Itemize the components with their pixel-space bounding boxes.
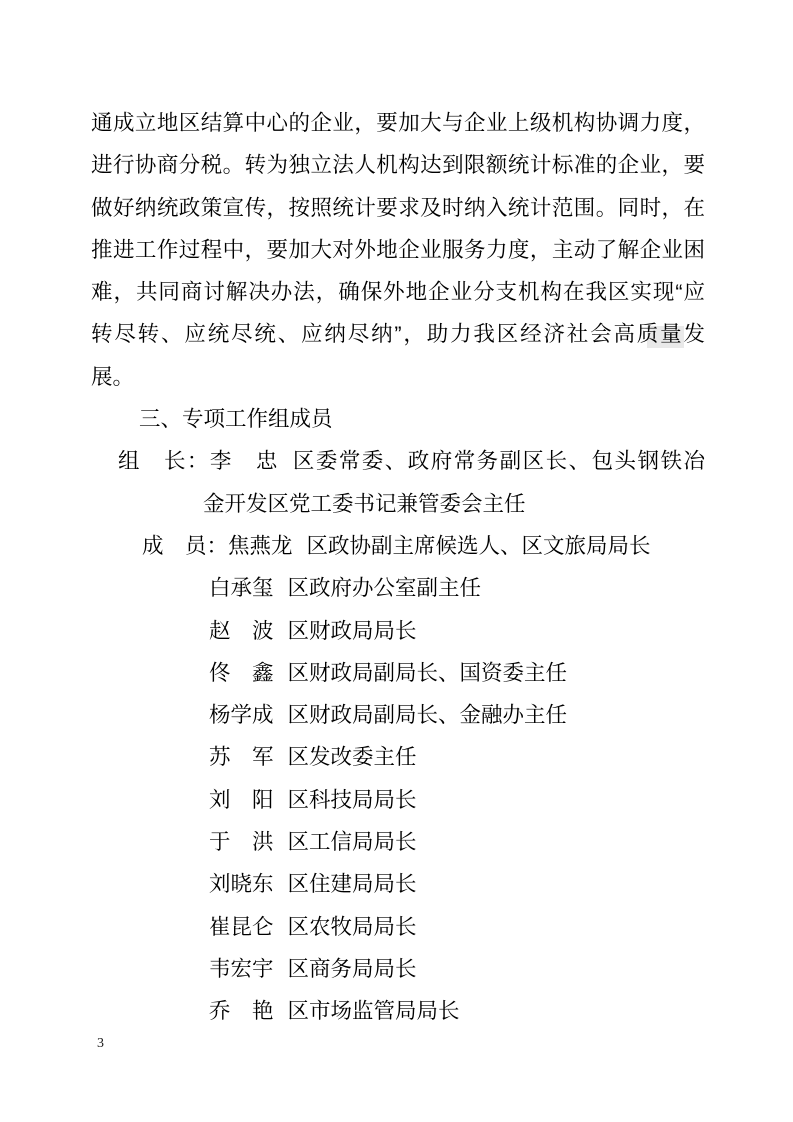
roster-line-member: 乔 艳区市场监管局局长 (91, 990, 705, 1032)
paragraph-line: 展。 (91, 356, 705, 398)
document-body: 通成立地区结算中心的企业，要加大与企业上级机构协调力度， 进行协商分税。转为独立… (91, 102, 705, 1033)
member-name: 白承玺 (209, 576, 274, 600)
member-name: 韦宏宇 (209, 957, 274, 981)
member-title: 区财政局副局长、金融办主任 (288, 703, 568, 727)
roster-line-leader-continuation: 金开发区党工委书记兼管委会主任 (91, 483, 705, 525)
member-name: 焦燕龙 (228, 534, 293, 558)
member-name: 佟 鑫 (209, 661, 274, 685)
paragraph-line: 难，共同商讨解决办法，确保外地企业分支机构在我区实现“应 (91, 271, 705, 313)
member-name: 苏 军 (209, 745, 274, 769)
member-name: 刘晓东 (209, 872, 274, 896)
member-title: 区发改委主任 (288, 745, 417, 769)
member-title: 区财政局副局长、国资委主任 (288, 661, 568, 685)
leader-role-label: 组 长： (118, 449, 210, 473)
document-page: 通成立地区结算中心的企业，要加大与企业上级机构协调力度， 进行协商分税。转为独立… (0, 0, 793, 1122)
member-name: 杨学成 (209, 703, 274, 727)
paragraph-line: 做好纳统政策宣传，按照统计要求及时纳入统计范围。同时，在 (91, 187, 705, 229)
roster-line-leader: 组 长：李 忠区委常委、政府常务副区长、包头钢铁冶 (91, 440, 705, 482)
member-title: 区政府办公室副主任 (288, 576, 482, 600)
leader-name: 李 忠 (210, 449, 279, 473)
roster-line-member: 刘 阳区科技局局长 (91, 779, 705, 821)
member-title: 区工信局局长 (288, 830, 417, 854)
member-title: 区农牧局局长 (288, 915, 417, 939)
roster-line-member: 苏 军区发改委主任 (91, 736, 705, 778)
member-title: 区住建局局长 (288, 872, 417, 896)
leader-title: 区委常委、政府常务副区长、包头钢铁冶 (293, 449, 705, 473)
page-number: 3 (97, 1036, 104, 1052)
member-name: 于 洪 (209, 830, 274, 854)
member-title: 区科技局局长 (288, 788, 417, 812)
member-title: 区财政局局长 (288, 619, 417, 643)
roster-line-member: 崔昆仑区农牧局局长 (91, 906, 705, 948)
member-name: 赵 波 (209, 619, 274, 643)
paragraph-line: 转尽转、应统尽统、应纳尽纳”，助力我区经济社会高质量发 (91, 313, 705, 355)
members-role-label: 成 员： (142, 534, 228, 558)
paragraph-line: 通成立地区结算中心的企业，要加大与企业上级机构协调力度， (91, 102, 705, 144)
roster-line-member: 佟 鑫区财政局副局长、国资委主任 (91, 652, 705, 694)
member-name: 乔 艳 (209, 999, 274, 1023)
member-title: 区政协副主席候选人、区文旅局局长 (307, 534, 651, 558)
roster-line-member: 刘晓东区住建局局长 (91, 863, 705, 905)
member-name: 刘 阳 (209, 788, 274, 812)
member-title: 区商务局局长 (288, 957, 417, 981)
roster-line-member: 白承玺区政府办公室副主任 (91, 567, 705, 609)
paragraph-line: 推进工作过程中，要加大对外地企业服务力度，主动了解企业困 (91, 229, 705, 271)
member-title: 区市场监管局局长 (288, 999, 460, 1023)
roster-line-member: 于 洪区工信局局长 (91, 821, 705, 863)
member-name: 崔昆仑 (209, 915, 274, 939)
roster-line-member: 杨学成区财政局副局长、金融办主任 (91, 694, 705, 736)
section-heading: 三、专项工作组成员 (91, 398, 705, 440)
roster-line-member: 韦宏宇区商务局局长 (91, 948, 705, 990)
paragraph-line: 进行协商分税。转为独立法人机构达到限额统计标准的企业，要 (91, 144, 705, 186)
roster-line-member: 成 员：焦燕龙区政协副主席候选人、区文旅局局长 (91, 525, 705, 567)
roster-line-member: 赵 波区财政局局长 (91, 610, 705, 652)
